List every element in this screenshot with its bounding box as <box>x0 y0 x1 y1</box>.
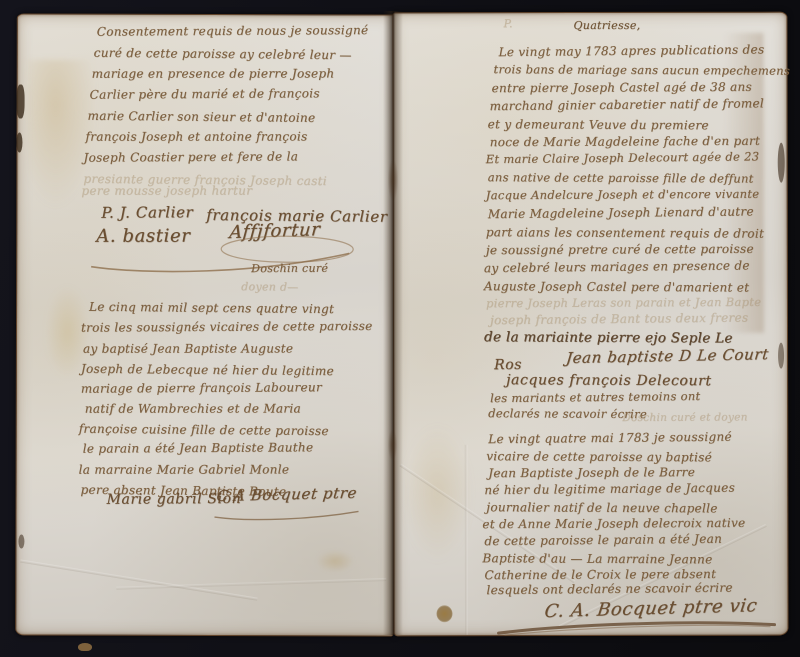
stain-spot <box>436 605 452 622</box>
manuscript-line: Baptiste d'au — La marraine Jeanne <box>482 552 712 565</box>
manuscript-line: les mariants et autres temoins ont <box>490 391 700 405</box>
edge-wear-spot <box>16 133 22 153</box>
left-page: Consentement requis de nous je soussigné… <box>15 14 396 637</box>
manuscript-line: journalier natif de la neuve chapelle <box>486 501 717 514</box>
manuscript-line: entre pierre Joseph Castel agé de 38 ans <box>492 81 752 94</box>
officiant-signature: Doschin curé <box>251 263 328 274</box>
manuscript-line: Jacque Andelcure Joseph et d'encore viva… <box>486 189 760 202</box>
manuscript-line: curé de cette paroisse ay celebré leur — <box>94 47 352 61</box>
signature: C A Bocquet ptre <box>216 486 358 504</box>
manuscript-line: lesquels ont declarés ne scavoir écrire <box>486 582 732 597</box>
manuscript-line: et de Anne Marie Joseph delecroix native <box>482 517 745 530</box>
manuscript-line: ay baptisé Jean Baptiste Auguste <box>83 342 293 354</box>
manuscript-line: le parain a été Jean Baptiste Bauthe <box>83 441 314 454</box>
manuscript-line: trois les soussignés vicaires de cette p… <box>81 320 373 334</box>
manuscript-line: Jean Baptiste Joseph de le Barre <box>488 466 695 479</box>
paper-crease <box>20 560 257 601</box>
edge-wear-spot <box>17 85 25 119</box>
page-header: Quatriesse, <box>573 20 640 31</box>
manuscript-line: Le vingt quatre mai 1783 je soussigné <box>488 431 732 446</box>
right-page: P. Quatriesse, Le vingt may 1783 apres p… <box>392 12 788 637</box>
signature-flourish <box>495 615 780 637</box>
manuscript-line: Joseph Coastier pere et fere de la <box>83 150 298 163</box>
manuscript-line: Joseph de Lebecque né hier du legitime <box>81 363 334 377</box>
signature: Ros <box>494 358 522 372</box>
manuscript-line: et y demeurant Veuve du premiere <box>488 118 709 131</box>
paper-crease <box>465 445 468 635</box>
manuscript-line: marchand ginier cabaretier natif de from… <box>490 97 765 112</box>
manuscript-line: françoise cuisine fille de cette paroiss… <box>79 423 329 437</box>
signature: Jean baptiste D Le Court <box>565 347 769 366</box>
manuscript-line: Consentement requis de nous je soussigné <box>97 24 369 38</box>
manuscript-line: ans native de cette paroisse fille de de… <box>488 172 754 185</box>
manuscript-line: vicaire de cette paroisse ay baptisé <box>486 450 712 463</box>
manuscript-line: Auguste Joseph Castel pere d'amarient et <box>484 280 749 293</box>
paper-crease <box>116 578 386 590</box>
paper-chip <box>78 643 92 651</box>
manuscript-line: Le cinq mai mil sept cens quatre vingt <box>89 301 334 315</box>
edge-wear-spot <box>778 343 784 369</box>
manuscript-line: la marraine Marie Gabriel Monle <box>79 463 290 475</box>
manuscript-line: marie Carlier son sieur et d'antoine <box>87 110 315 124</box>
manuscript-line: Le vingt may 1783 apres publications des <box>498 43 764 58</box>
manuscript-line: je soussigné pretre curé de cette parois… <box>486 243 754 256</box>
manuscript-line: noce de Marie Magdeleine fache d'en part <box>490 135 760 148</box>
signature: jacques françois Delecourt <box>506 373 712 388</box>
signature-flourish <box>212 507 362 523</box>
manuscript-line: ay celebré leurs mariages en presence de <box>484 259 750 274</box>
manuscript-photo: Consentement requis de nous je soussigné… <box>0 0 800 657</box>
manuscript-line: Carlier père du marié et de françois <box>90 87 320 100</box>
stain-blotch <box>316 550 354 572</box>
manuscript-line: mariage en presence de pierre Joseph <box>92 67 335 79</box>
manuscript-line: joseph françois de Bant tous deux freres <box>490 311 748 326</box>
manuscript-line: né hier du legitime mariage de Jacques <box>484 482 735 497</box>
edge-wear-spot <box>18 535 24 549</box>
officiant-signature: doyen d— <box>241 281 299 293</box>
signature: de la mariainte pierre ejo Seple Le <box>484 331 733 346</box>
manuscript-line: Marie Magdeleine Joseph Lienard d'autre <box>488 205 754 220</box>
manuscript-line: Et marie Claire Joseph Delecourt agée de… <box>486 151 760 165</box>
edge-wear-spot <box>778 143 785 183</box>
signature: P. J. Carlier <box>101 205 193 221</box>
folio-mark: P. <box>503 18 512 29</box>
manuscript-line: trois bans de mariage sans aucun empeche… <box>494 64 791 77</box>
manuscript-line: natif de Wambrechies et de Maria <box>85 402 301 414</box>
book-spine-fold <box>383 11 403 635</box>
manuscript-line: part aians les consentement requis de dr… <box>486 226 764 239</box>
officiant-signature: Doschin curé et doyen <box>622 412 748 423</box>
manuscript-line: mariage de pierre françois Laboureur <box>81 381 322 394</box>
stain-blotch <box>402 423 472 563</box>
manuscript-line: de cette paroisse le parain a été Jean <box>484 533 722 547</box>
manuscript-line: pierre Joseph Leras son parain et Jean B… <box>486 297 761 310</box>
manuscript-line: Catherine de le Croix le pere absent <box>484 568 716 581</box>
manuscript-line: françois Joseph et antoine françois <box>85 130 307 142</box>
manuscript-line: pere mousse joseph hartur <box>81 185 252 197</box>
